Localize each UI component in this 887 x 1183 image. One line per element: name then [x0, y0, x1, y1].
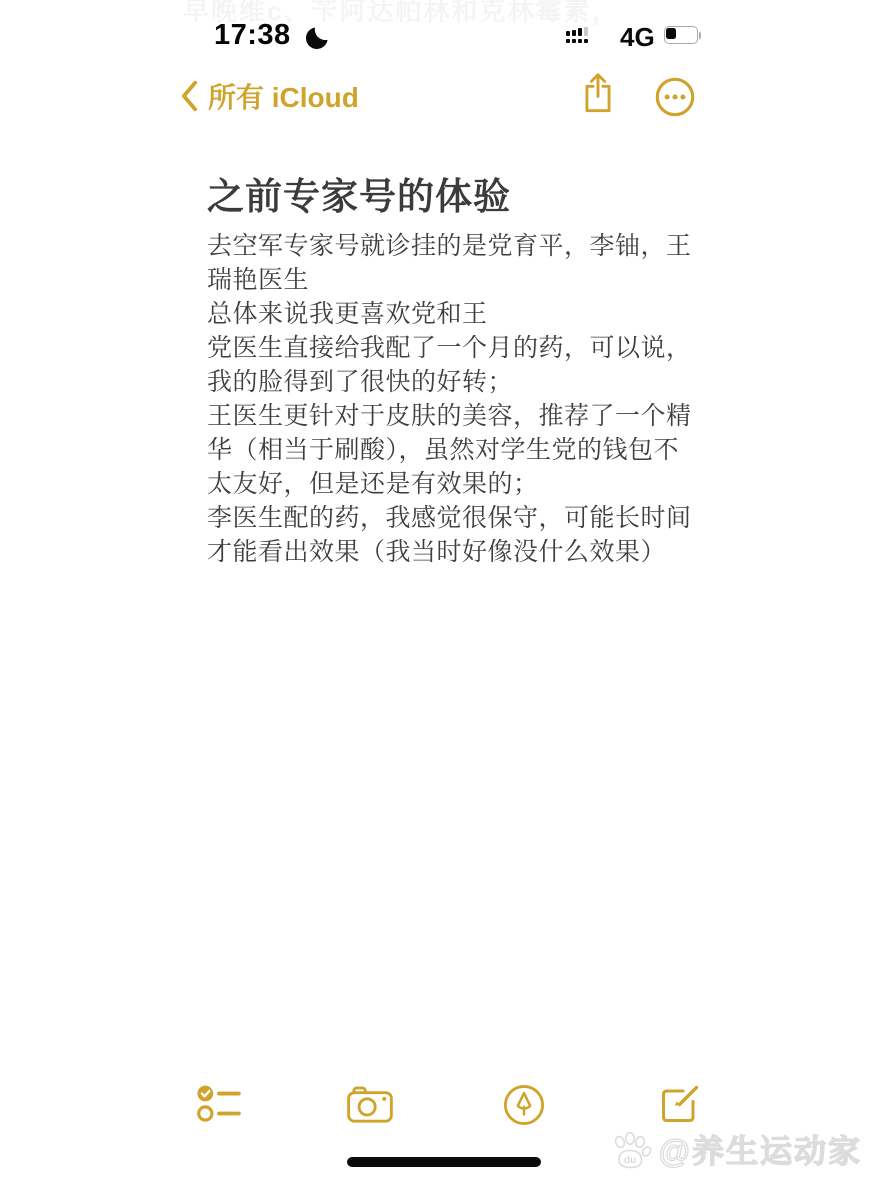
battery-icon: [664, 26, 701, 44]
note-body-line: 我的脸得到了很快的好转；: [207, 362, 513, 398]
baidu-paw-icon: du: [609, 1130, 653, 1174]
back-button-label: 所有 iCloud: [208, 76, 359, 116]
note-body-line: 华（相当于刷酸），虽然对学生党的钱包不: [207, 430, 679, 466]
markup-pen-icon: [503, 1084, 545, 1126]
note-body-line: 去空军专家号就诊挂的是党育平，李铀，王: [207, 226, 692, 262]
note-body-line: 总体来说我更喜欢党和王: [207, 294, 488, 330]
more-options-button[interactable]: [654, 76, 696, 118]
checklist-button[interactable]: [194, 1078, 246, 1124]
share-button[interactable]: [581, 72, 615, 114]
ellipsis-circle-icon: [654, 76, 696, 118]
status-time: 17:38: [214, 19, 291, 52]
note-body-line: 王医生更针对于皮肤的美容，推荐了一个精: [207, 396, 692, 432]
checklist-icon: [194, 1082, 246, 1124]
status-bar: 17:38 4G: [0, 0, 887, 60]
note-body-line: 太友好，但是还是有效果的；: [207, 464, 539, 500]
baidu-watermark: du @养生运动家: [609, 1124, 862, 1174]
do-not-disturb-moon-icon: [305, 24, 331, 50]
cellular-signal-icon: [566, 27, 590, 49]
back-to-folder-button[interactable]: 所有 iCloud: [181, 76, 359, 116]
compose-button[interactable]: [656, 1078, 704, 1126]
note-body-line: 瑞艳医生: [207, 260, 309, 296]
compose-icon: [656, 1082, 702, 1128]
chevron-left-icon: [181, 79, 198, 113]
network-type-label: 4G: [620, 22, 655, 53]
note-editor-area[interactable]: 之前专家号的体验 去空军专家号就诊挂的是党育平，李铀，王 瑞艳医生 总体来说我更…: [0, 150, 887, 1030]
markup-button[interactable]: [503, 1078, 547, 1124]
note-body-line: 才能看出效果（我当时好像没什么效果）: [207, 532, 666, 568]
note-body-line: 党医生直接给我配了一个月的药，可以说，: [207, 328, 692, 364]
notes-app-screen: 早晚维c、苄阿达帕林和克林霉素， 17:38 4G: [0, 0, 887, 1183]
share-icon: [581, 72, 615, 114]
watermark-handle: @养生运动家: [659, 1126, 862, 1172]
camera-button[interactable]: [345, 1078, 397, 1124]
note-title: 之前专家号的体验: [207, 166, 511, 220]
note-body-line: 李医生配的药，我感觉很保守，可能长时间: [207, 498, 692, 534]
camera-icon: [345, 1086, 395, 1124]
nav-bar: 所有 iCloud: [0, 70, 887, 126]
baidu-du-label: du: [624, 1155, 636, 1166]
home-indicator[interactable]: [347, 1157, 541, 1167]
